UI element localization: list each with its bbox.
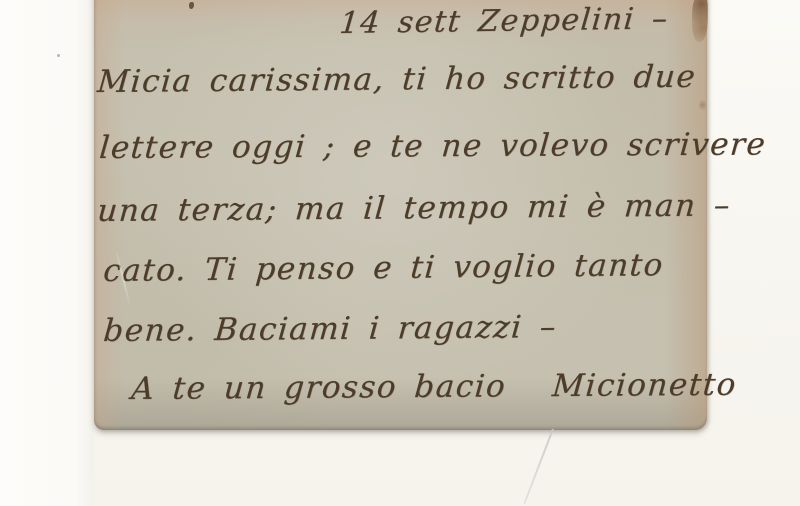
scanner-background-strip: [0, 0, 94, 506]
scanner-scratch-line: [523, 429, 554, 504]
ink-speck: [189, 2, 194, 9]
signature: Micionetto: [551, 367, 739, 404]
edge-fleck: [699, 98, 706, 112]
letter-line-2: lettere oggi ; e te ne volevo scrivere: [98, 127, 768, 166]
paper-stain: [692, 0, 708, 42]
letter-line-5: bene. Baciami i ragazzi –: [102, 309, 558, 349]
letter-line-3: una terza; ma il tempo mi è man –: [96, 187, 732, 229]
postcard: 14 sett Zeppelini – Micia carissima, ti …: [94, 0, 707, 430]
letter-line-4: cato. Ti penso e ti voglio tanto: [102, 247, 665, 289]
letter-line-1: Micia carissima, ti ho scritto due: [96, 59, 698, 100]
scanner-dust-speck: [57, 54, 60, 57]
postcard-scan: 14 sett Zeppelini – Micia carissima, ti …: [0, 0, 800, 506]
letter-line-6: A te un grosso bacio Micionetto: [130, 367, 738, 407]
closing-phrase: A te un grosso bacio: [130, 368, 508, 407]
date-line: 14 sett Zeppelini –: [338, 1, 670, 41]
